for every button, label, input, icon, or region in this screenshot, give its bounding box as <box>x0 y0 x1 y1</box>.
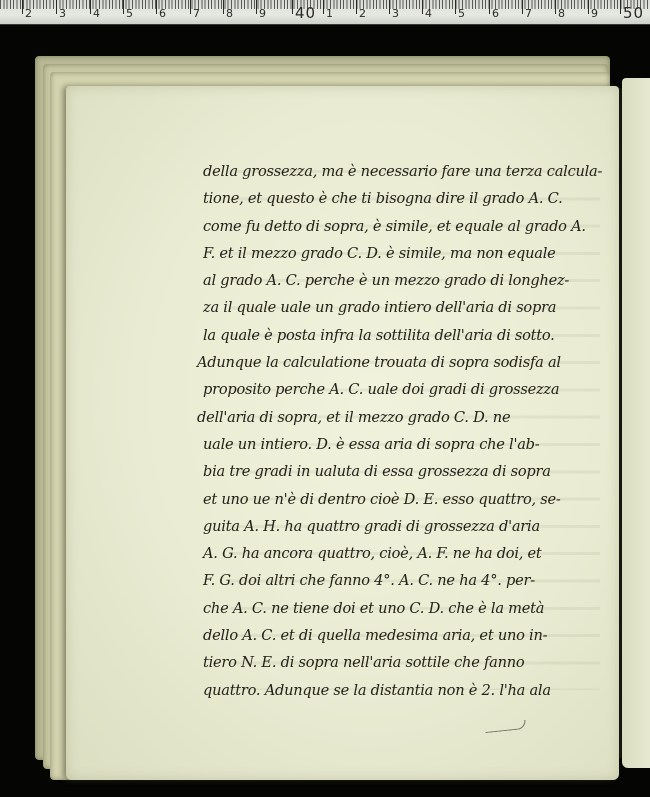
ruler-number: 4 <box>93 7 100 20</box>
ruler-major-tick <box>620 0 621 14</box>
ruler-major-tick <box>389 0 390 14</box>
manuscript-line: guita A. H. ha quattro gradi di grossezz… <box>203 513 593 540</box>
manuscript-line: uale un intiero. D. è essa aria di sopra… <box>203 431 593 458</box>
ruler-number: 4 <box>425 7 432 20</box>
manuscript-line: proposito perche A. C. uale doi gradi di… <box>203 376 593 403</box>
manuscript-line: F. et il mezzo grado C. D. è simile, ma … <box>203 240 593 267</box>
facing-page-edge <box>622 78 650 768</box>
measuring-ruler: 234567894012345678950 <box>0 0 650 25</box>
ruler-major-tick <box>555 0 556 14</box>
ruler-number: 50 <box>623 4 644 22</box>
ruler-number: 9 <box>259 7 266 20</box>
ruler-major-tick <box>156 0 157 14</box>
ruler-number: 2 <box>25 7 32 20</box>
manuscript-line: F. G. doi altri che fanno 4°. A. C. ne h… <box>203 567 593 594</box>
ruler-major-tick <box>256 0 257 14</box>
ruler-number: 5 <box>458 7 465 20</box>
handwritten-text-block: della grossezza, ma è necessario fare un… <box>203 158 593 704</box>
manuscript-line: tione, et questo è che ti bisogna dire i… <box>203 185 593 212</box>
manuscript-line: come fu detto di sopra, è simile, et equ… <box>203 213 593 240</box>
ruler-major-tick <box>522 0 523 14</box>
ruler-number: 1 <box>326 7 333 20</box>
manuscript-line: quattro. Adunque se la distantia non è 2… <box>203 677 593 704</box>
ruler-major-tick <box>323 0 324 14</box>
ruler-number: 8 <box>558 7 565 20</box>
ruler-major-tick <box>123 0 124 14</box>
ruler-number: 9 <box>591 7 598 20</box>
ruler-major-tick <box>22 0 23 14</box>
ruler-number: 7 <box>193 7 200 20</box>
manuscript-line: za il quale uale un grado intiero dell'a… <box>203 294 593 321</box>
manuscript-line: al grado A. C. perche è un mezzo grado d… <box>203 267 593 294</box>
ruler-major-tick <box>489 0 490 14</box>
ruler-number: 8 <box>226 7 233 20</box>
manuscript-line: dell'aria di sopra, et il mezzo grado C.… <box>197 404 593 431</box>
manuscript-line: la quale è posta infra la sottilita dell… <box>203 322 593 349</box>
manuscript-line: della grossezza, ma è necessario fare un… <box>203 158 593 185</box>
ruler-number: 3 <box>392 7 399 20</box>
ruler-major-tick <box>292 0 293 14</box>
ruler-number: 3 <box>59 7 66 20</box>
ruler-major-tick <box>223 0 224 14</box>
manuscript-line: dello A. C. et di quella medesima aria, … <box>203 622 593 649</box>
manuscript-line: bia tre gradi in ualuta di essa grossezz… <box>203 458 593 485</box>
manuscript-line: tiero N. E. di sopra nell'aria sottile c… <box>203 649 593 676</box>
book-gutter <box>619 88 622 758</box>
ruler-major-tick <box>56 0 57 14</box>
manuscript-line: A. G. ha ancora quattro, cioè, A. F. ne … <box>203 540 593 567</box>
ruler-major-tick <box>422 0 423 14</box>
ruler-major-tick <box>190 0 191 14</box>
ruler-number: 7 <box>525 7 532 20</box>
ruler-major-tick <box>455 0 456 14</box>
ruler-number: 6 <box>492 7 499 20</box>
manuscript-line: et uno ue n'è di dentro cioè D. E. esso … <box>203 486 593 513</box>
ruler-number: 6 <box>159 7 166 20</box>
ruler-major-tick <box>90 0 91 14</box>
ruler-number: 40 <box>295 4 316 22</box>
manuscript-line: che A. C. ne tiene doi et uno C. D. che … <box>203 595 593 622</box>
ruler-number: 5 <box>126 7 133 20</box>
ruler-major-tick <box>356 0 357 14</box>
ruler-number: 2 <box>359 7 366 20</box>
manuscript-line: Adunque la calculatione trouata di sopra… <box>197 349 593 376</box>
ruler-major-tick <box>588 0 589 14</box>
